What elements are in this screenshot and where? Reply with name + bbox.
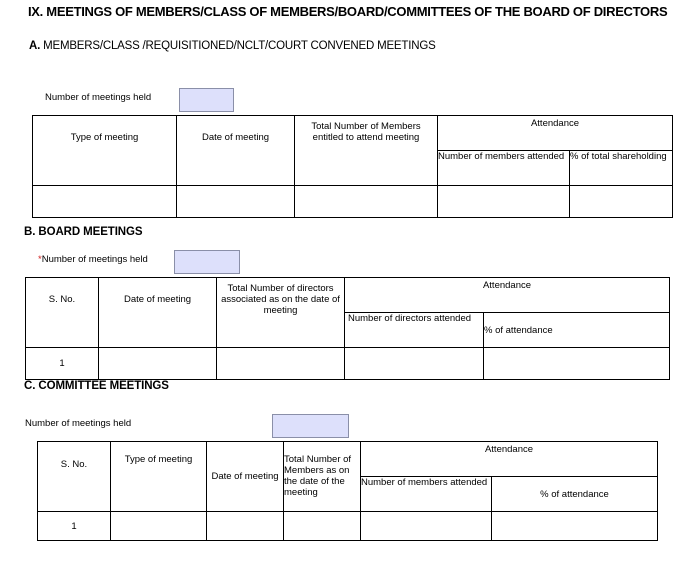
cell-total[interactable] [217,348,345,380]
col-type-of-meeting: Type of meeting [111,442,207,512]
section-b-heading: B. BOARD MEETINGS [24,226,142,238]
cell-percent[interactable] [484,348,670,380]
page-title: IX. MEETINGS OF MEMBERS/CLASS OF MEMBERS… [28,4,668,19]
col-attendance: Attendance [438,116,673,151]
cell-percent[interactable] [570,186,673,218]
col-s-no: S. No. [38,442,111,512]
col-members-attended: Number of members attended [361,477,492,512]
section-c-meetings-label: Number of meetings held [25,418,131,429]
col-percent-attendance: % of attendance [484,313,670,348]
cell-attended[interactable] [345,348,484,380]
cell-s-no: 1 [38,512,111,541]
col-attendance: Attendance [361,442,658,477]
col-directors-attended: Number of directors attended [345,313,484,348]
section-b-meetings-input[interactable] [174,250,240,274]
col-total-directors: Total Number of directors associated as … [217,278,345,348]
col-s-no: S. No. [26,278,99,348]
cell-percent[interactable] [492,512,658,541]
cell-attended[interactable] [438,186,570,218]
table-row: 1 [38,512,658,541]
col-total-members: Total Number of Members entitled to atte… [295,116,438,186]
cell-type[interactable] [33,186,177,218]
table-row [33,186,673,218]
col-total-members: Total Number of Members as on the date o… [284,442,361,512]
col-shareholding: % of total shareholding [570,151,673,186]
section-a-meetings-input[interactable] [179,88,234,112]
cell-attended[interactable] [361,512,492,541]
cell-s-no: 1 [26,348,99,380]
cell-date[interactable] [177,186,295,218]
col-date-of-meeting: Date of meeting [177,116,295,186]
section-b-table: S. No. Date of meeting Total Number of d… [25,277,670,380]
cell-total[interactable] [295,186,438,218]
table-row: 1 [26,348,670,380]
section-a-heading: A. MEMBERS/CLASS /REQUISITIONED/NCLT/COU… [29,40,436,52]
section-a-meetings-label: Number of meetings held [45,92,151,103]
cell-type[interactable] [111,512,207,541]
section-c-meetings-input[interactable] [272,414,349,438]
cell-date[interactable] [99,348,217,380]
section-a-table: Type of meeting Date of meeting Total Nu… [32,115,673,218]
section-c-heading: C. COMMITTEE MEETINGS [24,380,169,392]
col-date-of-meeting: Date of meeting [207,442,284,512]
col-attendance: Attendance [345,278,670,313]
section-c-table: S. No. Type of meeting Date of meeting T… [37,441,658,541]
col-members-attended: Number of members attended [438,151,570,186]
col-percent-attendance: % of attendance [492,477,658,512]
form-page: IX. MEETINGS OF MEMBERS/CLASS OF MEMBERS… [0,0,700,587]
section-b-meetings-label: *Number of meetings held [38,254,148,265]
cell-total[interactable] [284,512,361,541]
cell-date[interactable] [207,512,284,541]
col-type-of-meeting: Type of meeting [33,116,177,186]
col-date-of-meeting: Date of meeting [99,278,217,348]
